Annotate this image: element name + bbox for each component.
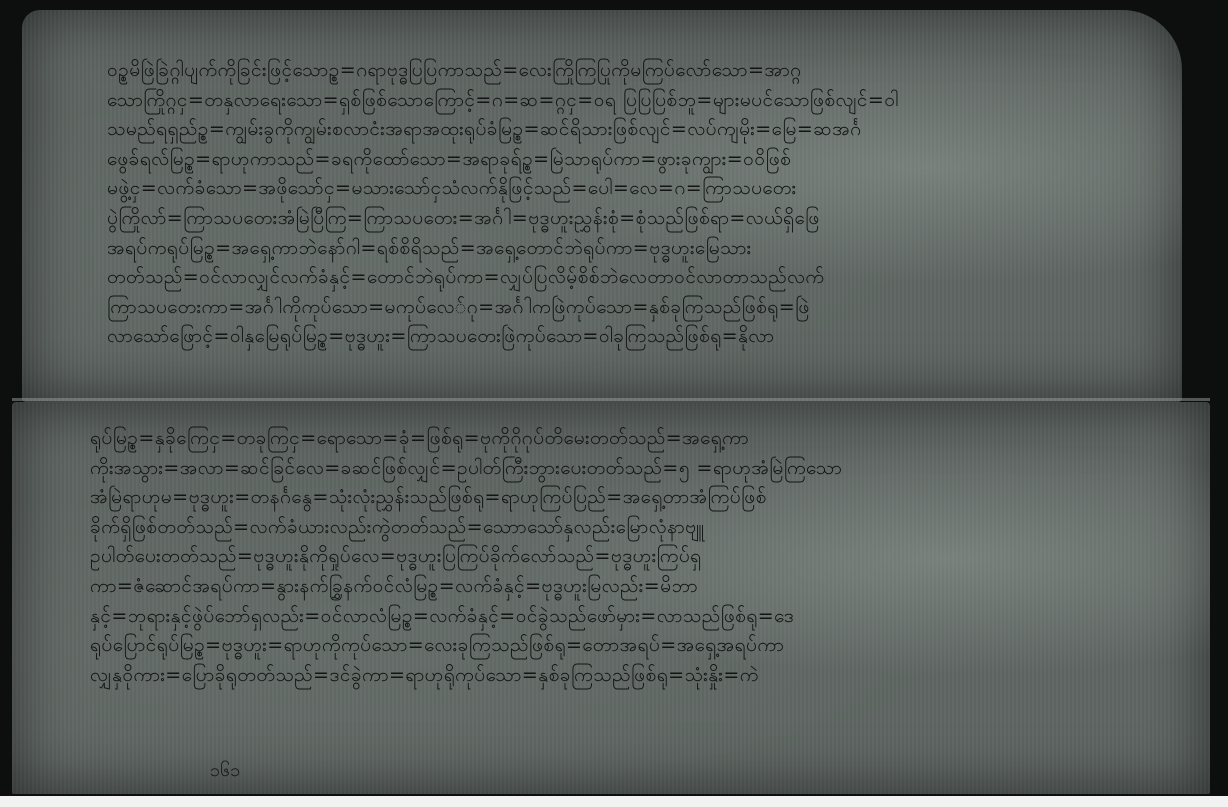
manuscript-upper-leaf: ဝဥ္စမိဖြဲခြဲဂ္ဂါပျက်ကိုခြင်းဖြင့်သောဥ္စ=… (22, 10, 1182, 402)
text-line: ဖွေခ်ရလ်မြဥ္စ=ရာဟုကာသည်=ခရကိုထော်သော=အရာ… (107, 145, 1142, 175)
text-line: သမည်ရရှည်ဥ္စ=ကျွမ်းခွကိုကျွမ်းစလာငံးအရာအ… (107, 115, 1142, 145)
text-line: လာသော်ဖြောင့်=ဝါနှမြေရုပ်မြဥ္စ=ဗုဒ္ဓဟူး=… (107, 322, 1142, 352)
text-line: သောကြိုဂ္ဂငှ=တနှလာရေးသော=ရှစ်ဖြစ်သောကြော… (107, 86, 1142, 116)
text-line: ပွဲကြိုလာ်=ကြာသပတေးအံမြဲပြီကြ=ကြာသပတေး=အ… (107, 204, 1142, 234)
text-line: ရုပ်မြဥ္စ=နှခိုကြေငှ=တခုကြငှ=ရောသော=ခုံ=… (90, 424, 1190, 454)
text-line: အံမြဲရာဟုမ=ဗုဒ္ဓဟူး=တနင်္ဂနွေ=သုံးလုံးညွ… (90, 483, 1190, 513)
text-line: ဝဥ္စမိဖြဲခြဲဂ္ဂါပျက်ကိုခြင်းဖြင့်သောဥ္စ=… (107, 56, 1142, 86)
lower-leaf-text: ရုပ်မြဥ္စ=နှခိုကြေငှ=တခုကြငှ=ရောသော=ခုံ=… (90, 424, 1190, 690)
text-line: မဖွဲ့ငှ=လက်ခံသော=အဖိုသော်ငှ=မသားသော်ငှသံ… (107, 174, 1142, 204)
manuscript-lower-leaf: ရုပ်မြဥ္စ=နှခိုကြေငှ=တခုကြငှ=ရောသော=ခုံ=… (12, 402, 1210, 794)
text-line: တတ်သည်=ဝင်လာလျှင်လက်ခံနှင့်=တောင်ဘဲရုပ်က… (107, 263, 1142, 293)
leaf-fold-line (12, 398, 1210, 401)
text-line: ခိုက်ရှိဖြစ်တတ်သည်=လက်ခံယားလည်းကွဲတတ်သည်… (90, 513, 1190, 543)
text-line: ရုပ်ပြောင်ရုပ်မြဥ္စ=ဗုဒ္ဓဟူး=ရာဟုကိုကုပ်… (90, 631, 1190, 661)
bottom-paper-edge (0, 796, 1228, 807)
text-line: ကြာသပတေးကာ=အင်္ဂါကိုကုပ်သော=မကုပ်လေ်ဂု=အ… (107, 293, 1142, 323)
text-line: လျှနှဝိုကား=ပြောခိုရုတတ်သည်=ဒင်ခွဲကာ=ရာဟ… (90, 661, 1190, 691)
text-line: အရပ်ကရုပ်မြဥ္စ=အရှေ့ကာဘဲနော်ဂါ=ရစ်စိရိသည… (107, 234, 1142, 264)
text-line: ကာ=ဇံဆောင်အရပ်ကာ=နွားနက်ခြွှနက်ဝင်လံမြဥ္… (90, 572, 1190, 602)
folio-number: ၁၆၁ (210, 758, 240, 785)
text-line: နှင့်=ဘုရားနှင့်ဖွဲပ်ဘော်ရှလည်း=ဝင်လာလံမ… (90, 602, 1190, 632)
text-line: ဥပါတ်ပေးတတ်သည်=ဗုဒ္ဓဟူးနိုကိုရှုပ်လေ=ဗုဒ… (90, 542, 1190, 572)
text-line: ကိုးအသွား=အလာ=ဆင်ခြင်လေ=ခဆင်ဖြစ်လျှင်=ဥပ… (90, 454, 1190, 484)
upper-leaf-text: ဝဥ္စမိဖြဲခြဲဂ္ဂါပျက်ကိုခြင်းဖြင့်သောဥ္စ=… (107, 56, 1142, 352)
